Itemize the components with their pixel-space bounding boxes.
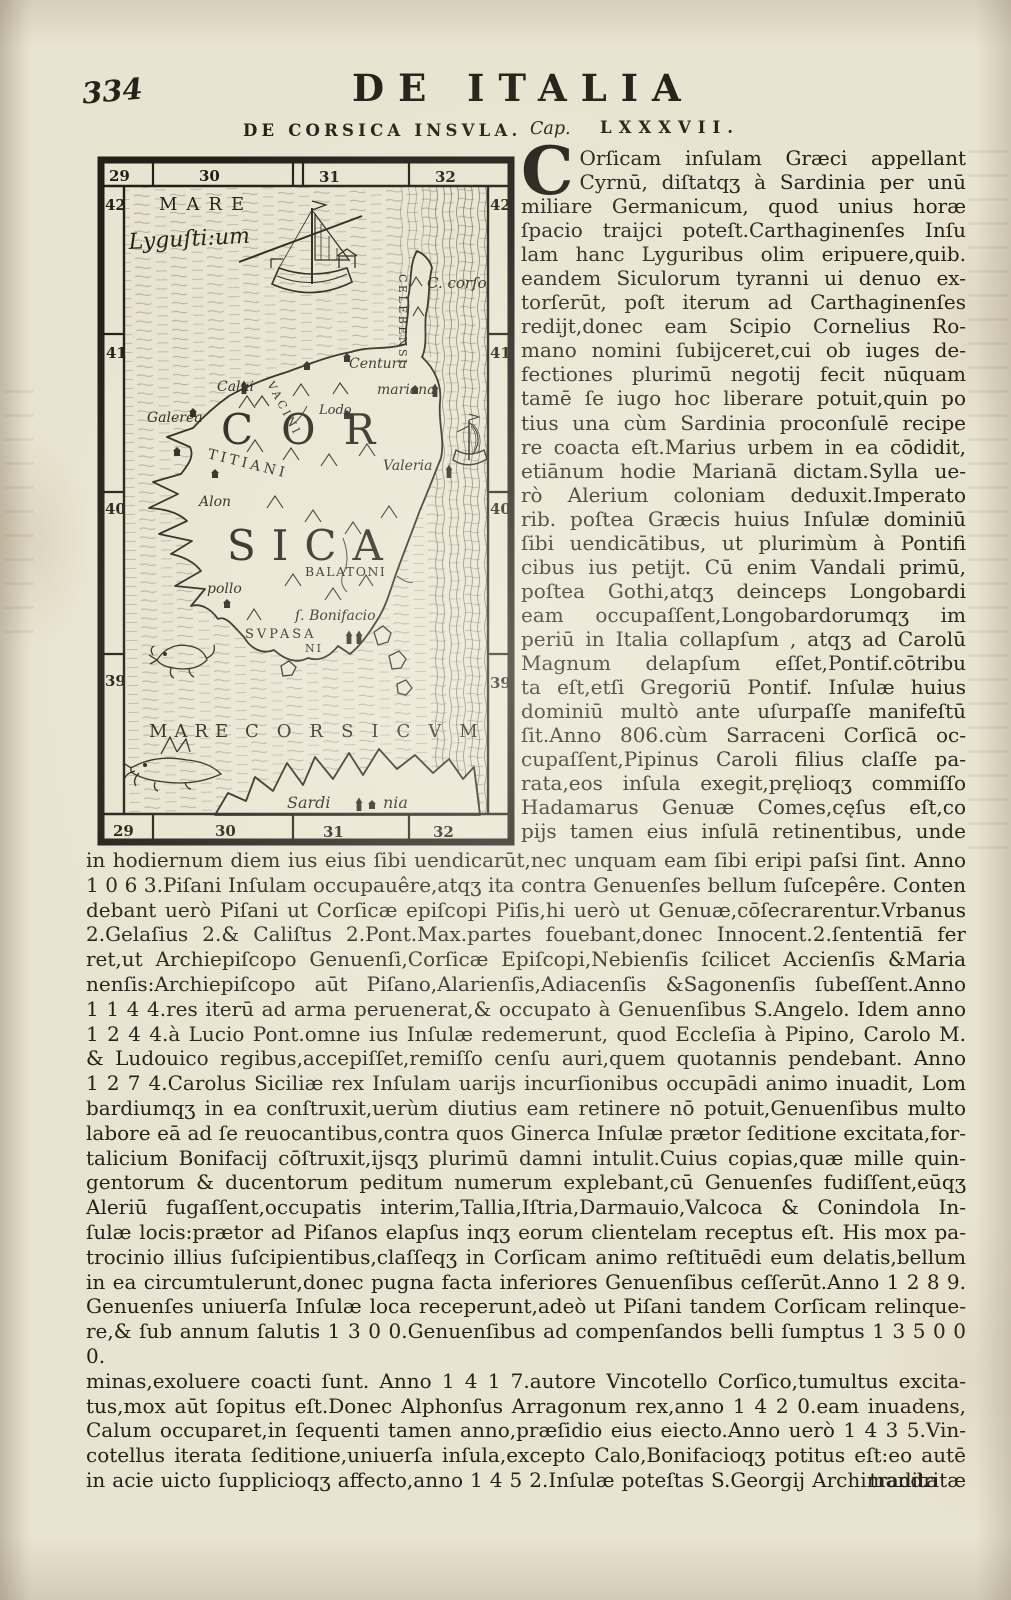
- text-line: ta eſt,etſi Gregoriū Pontif. Inſulæ huiu…: [521, 675, 966, 699]
- text-line: talicium Bonifacij cōſtruxit,ijsqʒ pluri…: [86, 1146, 966, 1171]
- corsica-map-svg: 29 30 31 32 29 30 31 32 42 41 40 39 42 4…: [97, 156, 515, 846]
- text-line: Hadamarus Genuæ Comes,cęſus eſt,co: [521, 795, 966, 819]
- label-alon: Alon: [197, 494, 231, 510]
- lon-top-32: 32: [435, 168, 456, 186]
- text-line: ſpacio traijci poteſt.Carthaginenſes Inſ…: [521, 218, 966, 242]
- text-line: bardiumqʒ in ea conſtruxit,uerùm diutius…: [86, 1096, 966, 1121]
- lat-left-40: 40: [105, 500, 126, 518]
- text-line: minas,exoluere coacti ſunt. Anno 1 4 1 7…: [86, 1369, 966, 1394]
- text-line: gentorum & ducentorum peditum numerum ex…: [86, 1170, 966, 1195]
- label-supasa-ni: NI: [305, 642, 323, 655]
- label-bonifacio: ſ. Bonifacio: [294, 608, 376, 624]
- label-pollo: pollo: [207, 581, 242, 597]
- text-line: re,& ſub annum ſalutis 1 3 0 0.Genuenſib…: [86, 1319, 966, 1369]
- label-centura: Centura: [349, 356, 407, 372]
- text-line: 2.Gelaſius 2.& Caliſtus 2.Pont.Max.parte…: [86, 922, 966, 947]
- lon-bottom-29: 29: [113, 822, 134, 840]
- text-line: Cyrnū, diſtatqʒ à Sardinia per unū: [521, 170, 966, 194]
- label-sardinia-left: Sardi: [287, 793, 331, 812]
- text-line: eandem Siculorum tyranni ui denuo ex-: [521, 266, 966, 290]
- chapter-number: LXXXVII.: [600, 118, 740, 137]
- text-line: in hodiernum diem ius eius ſibi uendicar…: [86, 848, 966, 873]
- text-line: fectiones plurimū negotij fecit nūquam: [521, 362, 966, 386]
- label-corsicum: CORSICVM: [245, 721, 496, 742]
- lon-bottom-31: 31: [323, 823, 344, 841]
- text-line: pijs tamen eius inſulā retinentibus, und…: [521, 819, 966, 843]
- label-mariana: mariana: [377, 382, 436, 398]
- text-line: Aleriū fugaſſent,occupatis interim,Talli…: [86, 1195, 966, 1220]
- lat-right-42: 42: [490, 196, 511, 214]
- running-title: DE ITALIA: [352, 66, 695, 110]
- book-page: 334 DE ITALIA DE CORSICA INSVLA. Cap. LX…: [0, 0, 1011, 1600]
- label-calui: Calui: [217, 379, 254, 395]
- label-valeria: Valeria: [383, 458, 432, 474]
- text-line: rò Alerium coloniam deduxit.Imperato: [521, 483, 966, 507]
- label-cor: COR: [221, 405, 403, 454]
- label-supasa: SVPASA: [245, 627, 317, 642]
- label-celebensi: CELEBENSI: [396, 274, 409, 366]
- lat-left-42: 42: [105, 196, 126, 214]
- text-line: etiānum hodie Marianā dictam.Sylla ue-: [521, 459, 966, 483]
- drop-cap: C: [521, 146, 580, 194]
- text-line: labore eā ad ſe reuocantibus,contra quos…: [86, 1121, 966, 1146]
- page-stain: [0, 430, 90, 650]
- lat-right-40: 40: [490, 500, 511, 518]
- text-line: rib. poſtea Græcis huius Inſulæ dominiū: [521, 507, 966, 531]
- lon-top-29: 29: [109, 167, 130, 185]
- label-cape-corso: C. corſo: [427, 274, 487, 292]
- lat-right-39: 39: [490, 674, 511, 692]
- text-line: tamē ſe iugo hoc liberare potuit,quin po: [521, 386, 966, 410]
- lon-top-30: 30: [199, 167, 220, 185]
- section-title: DE CORSICA INSVLA.: [243, 121, 521, 140]
- body-text-block: in hodiernum diem ius eius ſibi uendicar…: [86, 848, 966, 1493]
- text-line: trocinio illius ſuſcipientibus,claſſeqʒ …: [86, 1245, 966, 1270]
- text-line: miliare Germanicum, quod unius horæ: [521, 194, 966, 218]
- label-sica: SICA: [227, 521, 399, 570]
- text-line: poſtea Gothi,atqʒ deinceps Longobardi: [521, 579, 966, 603]
- text-line: 1 1 4 4.res iterū ad arma peruenerat,& o…: [86, 997, 966, 1022]
- text-line: Orſicam inſulam Græci appellant: [521, 146, 966, 170]
- text-line: Magnum delapſum eſſet,Pontif.cōtribu: [521, 651, 966, 675]
- label-galerea: Galerea: [147, 410, 203, 426]
- lat-left-41: 41: [106, 344, 127, 362]
- text-line: ſibi uendicātibus, ut plurimùm à Pontifi: [521, 531, 966, 555]
- lon-bottom-30: 30: [215, 822, 236, 840]
- catchword-row: tradita: [86, 1468, 966, 1493]
- lat-left-39: 39: [105, 672, 126, 690]
- text-line: eam occupaſſent,Longobardorumqʒ im: [521, 603, 966, 627]
- label-mare-south: MARE: [149, 721, 235, 742]
- text-line: ſulæ locis:prætor ad Piſanos elapſus inq…: [86, 1220, 966, 1245]
- text-line: 1 0 6 3.Piſani Inſulam occupauêre,atqʒ i…: [86, 873, 966, 898]
- text-line: ſit.Anno 806.cùm Sarraceni Corſicā oc-: [521, 723, 966, 747]
- text-line: mano nomini ſubijceret,cui ob iuges de-: [521, 338, 966, 362]
- text-line: lam hanc Lyguribus olim eripuere,quib.: [521, 242, 966, 266]
- label-sardinia-right: nia: [383, 793, 408, 812]
- text-line: 1 2 4 4.à Lucio Pont.omne ius Inſulæ red…: [86, 1022, 966, 1047]
- text-line: nenſis:Archiepiſcopo aūt Piſano,Alarienſ…: [86, 972, 966, 997]
- bleed-through: [4, 390, 34, 650]
- text-line: dominiū multò ante uſurpaſſe manifeſtū: [521, 699, 966, 723]
- catchword: tradita: [86, 1468, 966, 1493]
- right-text-column: C Orſicam inſulam Græci appellantCyrnū, …: [521, 146, 966, 843]
- text-line: debant uerò Piſani ut Corſicæ epiſcopi P…: [86, 898, 966, 923]
- corsica-map: 29 30 31 32 29 30 31 32 42 41 40 39 42 4…: [97, 156, 515, 846]
- text-line: torſerūt, poſt iterum ad Carthaginenſes: [521, 290, 966, 314]
- text-line: cibus ius petijt. Cū enim Vandali primū,: [521, 555, 966, 579]
- text-line: in ea circumtulerunt,donec pugna facta i…: [86, 1270, 966, 1295]
- text-line: cotellus iterata ſeditione,uniuerſa inſu…: [86, 1443, 966, 1468]
- page-number: 334: [81, 71, 144, 110]
- text-line: rata,eos inſula exegit,pręlioqʒ commiſſo: [521, 771, 966, 795]
- lon-bottom-32: 32: [433, 823, 454, 841]
- text-line: tus,mox aūt ſopitus eſt.Donec Alphonſus …: [86, 1394, 966, 1419]
- text-line: Genuenſes uniuerſa Inſulæ loca receperun…: [86, 1294, 966, 1319]
- text-line: periū in Italia collapſum , atqʒ ad Caro…: [521, 627, 966, 651]
- bleed-through: [968, 150, 1008, 850]
- text-line: cupaſſent,Pipinus Caroli filius claſſe p…: [521, 747, 966, 771]
- lon-top-31: 31: [319, 168, 340, 186]
- text-line: Calum occuparet,in ſequenti tamen anno,p…: [86, 1418, 966, 1443]
- lat-right-41: 41: [490, 344, 511, 362]
- label-balatoni: BALATONI: [305, 564, 386, 579]
- text-line: ret,ut Archiepiſcopo Genuenſi,Corſicæ Ep…: [86, 947, 966, 972]
- text-line: & Ludouico regibus,accepiſſet,remiſſo ce…: [86, 1046, 966, 1071]
- text-line: redijt,donec eam Scipio Cornelius Ro-: [521, 314, 966, 338]
- text-line: 1 2 7 4.Carolus Siciliæ rex Inſulam uari…: [86, 1071, 966, 1096]
- text-line: re coacta eſt.Marius urbem in ea cōdidit…: [521, 435, 966, 459]
- text-line: tius una cùm Sardinia proconſulē recipe: [521, 411, 966, 435]
- label-mare-north: MARE: [159, 194, 253, 215]
